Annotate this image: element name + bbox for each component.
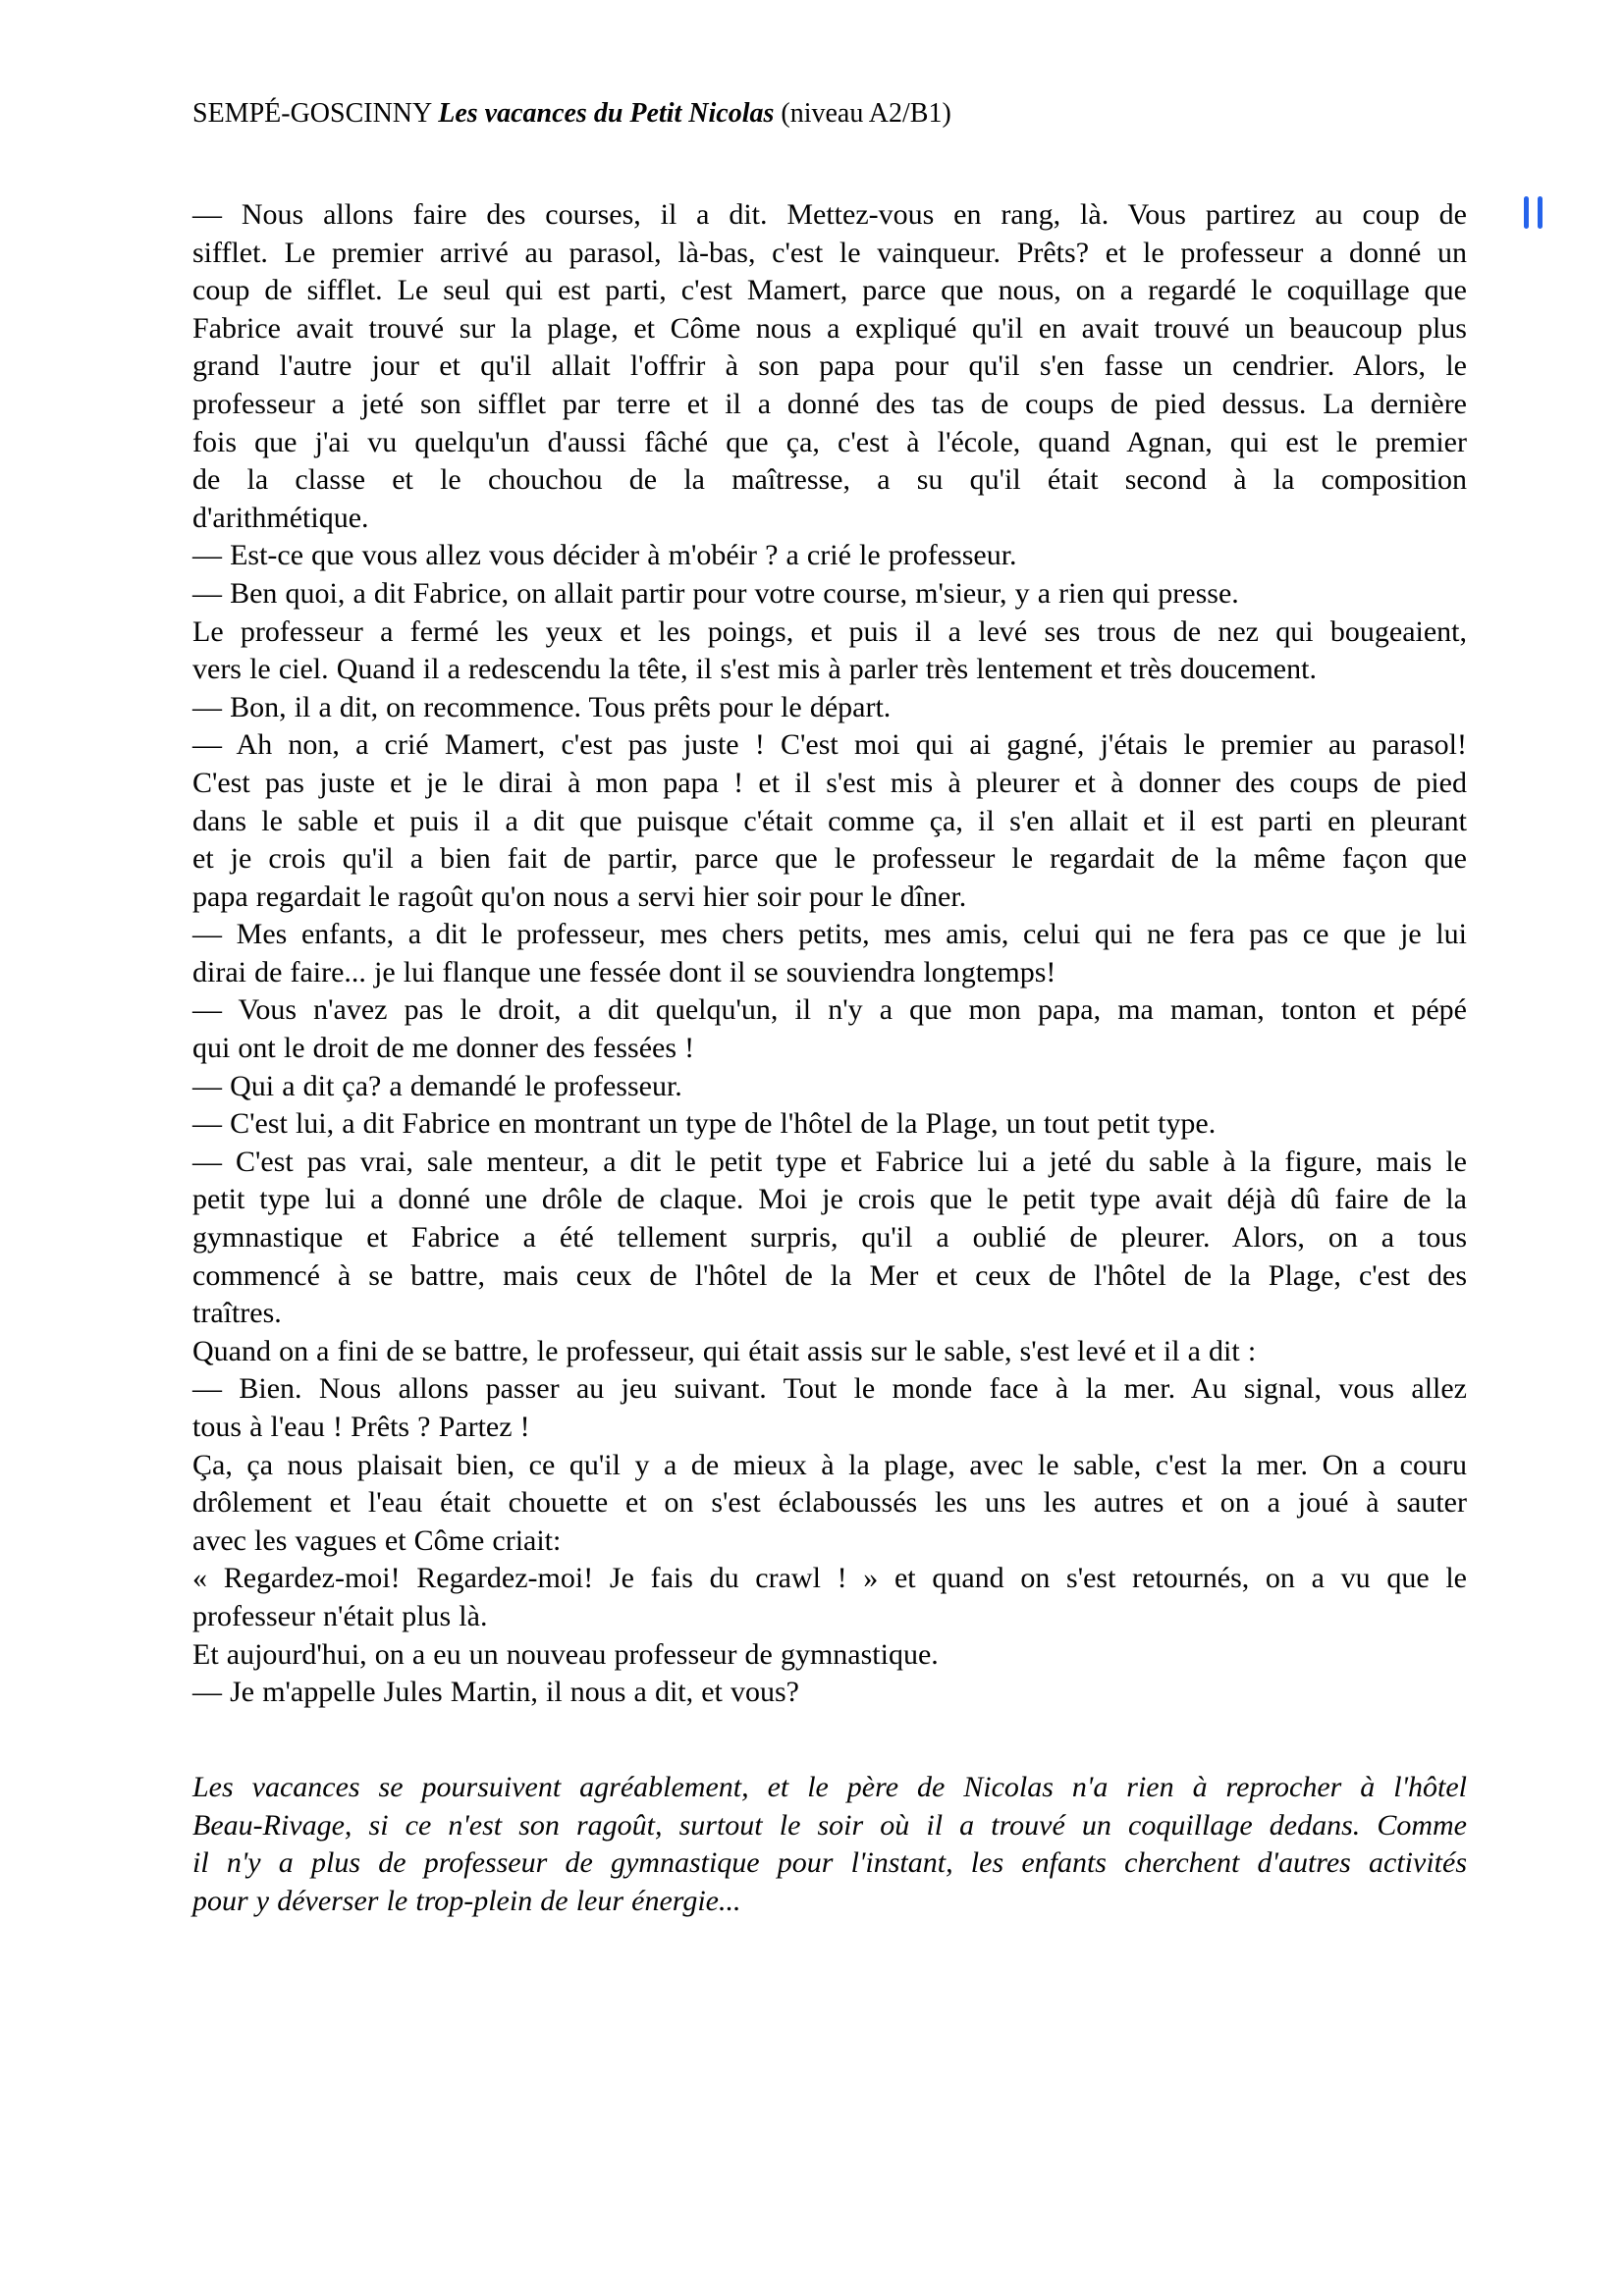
text-line: papa regardait le ragoût qu'on nous a se… [192, 879, 1467, 917]
text-line: C'est pas juste et je le dirai à mon pap… [192, 765, 1467, 803]
text-line: fois que j'ai vu quelqu'un d'aussi fâché… [192, 424, 1467, 462]
paragraph: — Mes enfants, a dit le professeur, mes … [192, 916, 1467, 991]
text-line: gymnastique et Fabrice a été tellement s… [192, 1219, 1467, 1257]
text-line: — Vous n'avez pas le droit, a dit quelqu… [192, 991, 1467, 1030]
marker-bar-icon [1524, 196, 1529, 229]
text-line: dans le sable et puis il a dit que puisq… [192, 803, 1467, 841]
text-line: drôlement et l'eau était chouette et on … [192, 1484, 1467, 1522]
text-line: — Est-ce que vous allez vous décider à m… [192, 537, 1467, 575]
text-line: tous à l'eau ! Prêts ? Partez ! [192, 1409, 1467, 1447]
text-line: — Bon, il a dit, on recommence. Tous prê… [192, 689, 1467, 727]
text-line: — Qui a dit ça? a demandé le professeur. [192, 1068, 1467, 1106]
paragraph: — Ben quoi, a dit Fabrice, on allait par… [192, 575, 1467, 614]
text-line: qui ont le droit de me donner des fessée… [192, 1030, 1467, 1068]
paragraph: — Nous allons faire des courses, il a di… [192, 196, 1467, 537]
text-line: commencé à se battre, mais ceux de l'hôt… [192, 1257, 1467, 1296]
text-line: petit type lui a donné une drôle de claq… [192, 1181, 1467, 1219]
header-book-title: Les vacances du Petit Nicolas [438, 98, 774, 129]
text-line: et je crois qu'il a bien fait de partir,… [192, 840, 1467, 879]
text-line: traîtres. [192, 1295, 1467, 1333]
paragraph: — Vous n'avez pas le droit, a dit quelqu… [192, 991, 1467, 1067]
header-author: SEMPÉ-GOSCINNY [192, 98, 431, 129]
paragraph: Quand on a fini de se battre, le profess… [192, 1333, 1467, 1371]
paragraph: — Ah non, a crié Mamert, c'est pas juste… [192, 726, 1467, 916]
text-line: — Ah non, a crié Mamert, c'est pas juste… [192, 726, 1467, 765]
paragraph: — C'est pas vrai, sale menteur, a dit le… [192, 1144, 1467, 1333]
document-page: SEMPÉ-GOSCINNY Les vacances du Petit Nic… [0, 0, 1624, 2296]
paragraph: « Regardez-moi! Regardez-moi! Je fais du… [192, 1560, 1467, 1635]
text-line: grand l'autre jour et qu'il allait l'off… [192, 347, 1467, 386]
header-level-note: (niveau A2/B1) [781, 98, 950, 129]
text-line: coup de sifflet. Le seul qui est parti, … [192, 272, 1467, 310]
text-line: Beau-Rivage, si ce n'est son ragoût, sur… [192, 1807, 1467, 1845]
paragraph: Ça, ça nous plaisait bien, ce qu'il y a … [192, 1447, 1467, 1561]
text-line: — Mes enfants, a dit le professeur, mes … [192, 916, 1467, 954]
text-line: — Bien. Nous allons passer au jeu suivan… [192, 1370, 1467, 1409]
text-line: pour y déverser le trop-plein de leur én… [192, 1883, 1467, 1921]
text-line: Les vacances se poursuivent agréablement… [192, 1769, 1467, 1807]
text-line: professeur n'était plus là. [192, 1598, 1467, 1636]
page-number-marker [1524, 196, 1543, 229]
text-line: de la classe et le chouchou de la maître… [192, 461, 1467, 500]
paragraph: Et aujourd'hui, on a eu un nouveau profe… [192, 1636, 1467, 1675]
text-line: Et aujourd'hui, on a eu un nouveau profe… [192, 1636, 1467, 1675]
paragraph: — Bien. Nous allons passer au jeu suivan… [192, 1370, 1467, 1446]
paragraph: Les vacances se poursuivent agréablement… [192, 1769, 1467, 1920]
text-line: Le professeur a fermé les yeux et les po… [192, 614, 1467, 652]
text-line: d'arithmétique. [192, 500, 1467, 538]
text-line: — C'est pas vrai, sale menteur, a dit le… [192, 1144, 1467, 1182]
text-line: — Ben quoi, a dit Fabrice, on allait par… [192, 575, 1467, 614]
narrator-note: Les vacances se poursuivent agréablement… [192, 1769, 1467, 1920]
paragraph: — C'est lui, a dit Fabrice en montrant u… [192, 1105, 1467, 1144]
text-line: il n'y a plus de professeur de gymnastiq… [192, 1844, 1467, 1883]
text-line: sifflet. Le premier arrivé au parasol, l… [192, 235, 1467, 273]
text-line: — Nous allons faire des courses, il a di… [192, 196, 1467, 235]
marker-bar-icon [1538, 196, 1543, 229]
text-line: — C'est lui, a dit Fabrice en montrant u… [192, 1105, 1467, 1144]
paragraph: — Qui a dit ça? a demandé le professeur. [192, 1068, 1467, 1106]
paragraph: — Bon, il a dit, on recommence. Tous prê… [192, 689, 1467, 727]
text-line: Quand on a fini de se battre, le profess… [192, 1333, 1467, 1371]
text-line: vers le ciel. Quand il a redescendu la t… [192, 651, 1467, 689]
text-line: Ça, ça nous plaisait bien, ce qu'il y a … [192, 1447, 1467, 1485]
story-text: — Nous allons faire des courses, il a di… [192, 196, 1467, 1712]
text-line: dirai de faire... je lui flanque une fes… [192, 954, 1467, 992]
paragraph: Le professeur a fermé les yeux et les po… [192, 614, 1467, 689]
text-line: professeur a jeté son sifflet par terre … [192, 386, 1467, 424]
text-line: — Je m'appelle Jules Martin, il nous a d… [192, 1674, 1467, 1712]
paragraph: — Je m'appelle Jules Martin, il nous a d… [192, 1674, 1467, 1712]
page-header: SEMPÉ-GOSCINNY Les vacances du Petit Nic… [192, 97, 951, 131]
paragraph: — Est-ce que vous allez vous décider à m… [192, 537, 1467, 575]
text-line: avec les vagues et Côme criait: [192, 1522, 1467, 1561]
text-line: « Regardez-moi! Regardez-moi! Je fais du… [192, 1560, 1467, 1598]
text-line: Fabrice avait trouvé sur la plage, et Cô… [192, 310, 1467, 348]
